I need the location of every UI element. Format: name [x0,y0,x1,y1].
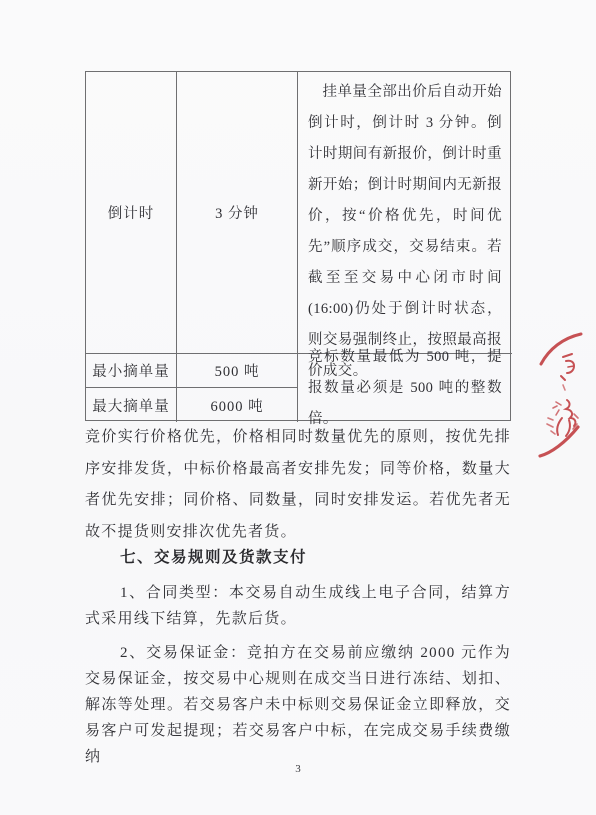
table-cell-quantity-description: 竞标数量最低为 500 吨，提报数量必须是 500 吨的整数倍。 [298,354,512,422]
table-cell-max-quantity-value: 6000 吨 [177,388,298,422]
table-cell-min-quantity-value: 500 吨 [177,354,298,388]
red-seal-stamp-icon [534,330,594,460]
paragraph-priority-rules: 竞价实行价格优先，价格相同时数量优先的原则，按优先排序安排发货，中标价格最高者安… [85,422,511,548]
table-cell-countdown-description: 挂单量全部出价后自动开始倒计时，倒计时 3 分钟。倒计时期间有新报价，倒计时重新… [298,72,512,354]
table-cell-min-quantity-label: 最小摘单量 [86,354,177,388]
table-cell-max-quantity-label: 最大摘单量 [86,388,177,422]
paragraph-contract-type: 1、合同类型：本交易自动生成线上电子合同，结算方式采用线下结算，先款后货。 [85,580,511,632]
auction-spec-table: 倒计时 3 分钟 挂单量全部出价后自动开始倒计时，倒计时 3 分钟。倒计时期间有… [85,71,511,421]
paragraph-trade-deposit: 2、交易保证金：竞拍方在交易前应缴纳 2000 元作为交易保证金，按交易中心规则… [85,640,511,770]
section-heading-trading-rules: 七、交易规则及货款支付 [85,545,511,571]
document-page: 倒计时 3 分钟 挂单量全部出价后自动开始倒计时，倒计时 3 分钟。倒计时期间有… [0,0,596,815]
table-cell-countdown-label: 倒计时 [86,72,177,354]
page-number: 3 [0,763,596,775]
table-cell-countdown-value: 3 分钟 [177,72,298,354]
